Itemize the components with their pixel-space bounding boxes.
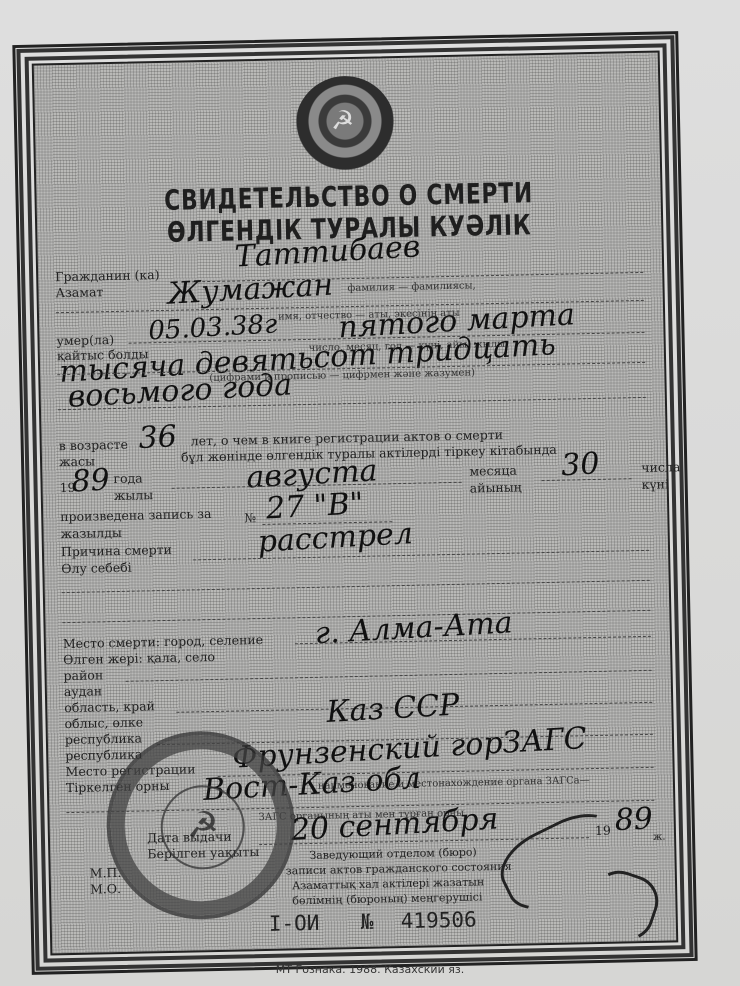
- printer-footer: МТ Гознака. 1988. Казахский яз.: [0, 963, 740, 976]
- label-month-kz: айының: [470, 480, 522, 496]
- label-citizen-ru: Гражданин (ка): [55, 267, 160, 284]
- label-cause-ru: Причина смерти: [61, 542, 172, 559]
- label-day-ru: числа: [641, 459, 680, 475]
- label-seal-kz: М.О.: [90, 881, 121, 897]
- paper-background: ☭ СВИДЕТЕЛЬСТВО О СМЕРТИ ӨЛГЕНДІК ТУРАЛЫ…: [0, 0, 740, 986]
- handwritten-age: 36: [138, 419, 178, 456]
- serial-number: 419506: [401, 908, 477, 934]
- label-year-ru: года: [113, 470, 143, 486]
- handwritten-issue-year: 89: [614, 801, 654, 838]
- label-day-kz: күні: [642, 476, 670, 492]
- label-record-ru: произведена запись за: [60, 506, 212, 524]
- hammer-sickle-icon: ☭: [331, 106, 355, 136]
- label-citizen-kz: Азамат: [55, 284, 103, 300]
- label-died-ru: умер(ла): [56, 332, 114, 348]
- label-month-ru: месяца: [469, 463, 517, 479]
- serial-number-sign: №: [361, 910, 374, 934]
- certificate-frame: ☭ СВИДЕТЕЛЬСТВО О СМЕРТИ ӨЛГЕНДІК ТУРАЛЫ…: [12, 31, 697, 975]
- stamp-center: ☭: [160, 784, 246, 870]
- label-republic-ru: республика: [65, 731, 142, 748]
- handwritten-republic: Каз ССР: [325, 688, 460, 730]
- label-place-kz: Өлген жері: қала, село: [63, 649, 215, 667]
- label-record-kz: жазылды: [60, 525, 122, 541]
- handwritten-record-year: 89: [71, 462, 111, 499]
- handwritten-record-day: 30: [560, 446, 600, 483]
- label-district-kz: аудан: [64, 683, 103, 699]
- label-cause-kz: Өлу себебі: [61, 560, 132, 576]
- label-year-kz: жылы: [114, 487, 154, 503]
- label-region-ru: область, край: [64, 698, 155, 715]
- serial-series: I-ОИ: [269, 911, 320, 936]
- label-district-ru: район: [63, 667, 103, 683]
- label-record-number-sign: №: [244, 510, 256, 525]
- label-region-kz: облыс, өлке: [64, 714, 143, 731]
- stamp-hammer-sickle-icon: ☭: [186, 805, 219, 847]
- label-age-ru: в возрасте: [59, 437, 128, 453]
- label-issue-year-suffix: ж.: [653, 832, 666, 843]
